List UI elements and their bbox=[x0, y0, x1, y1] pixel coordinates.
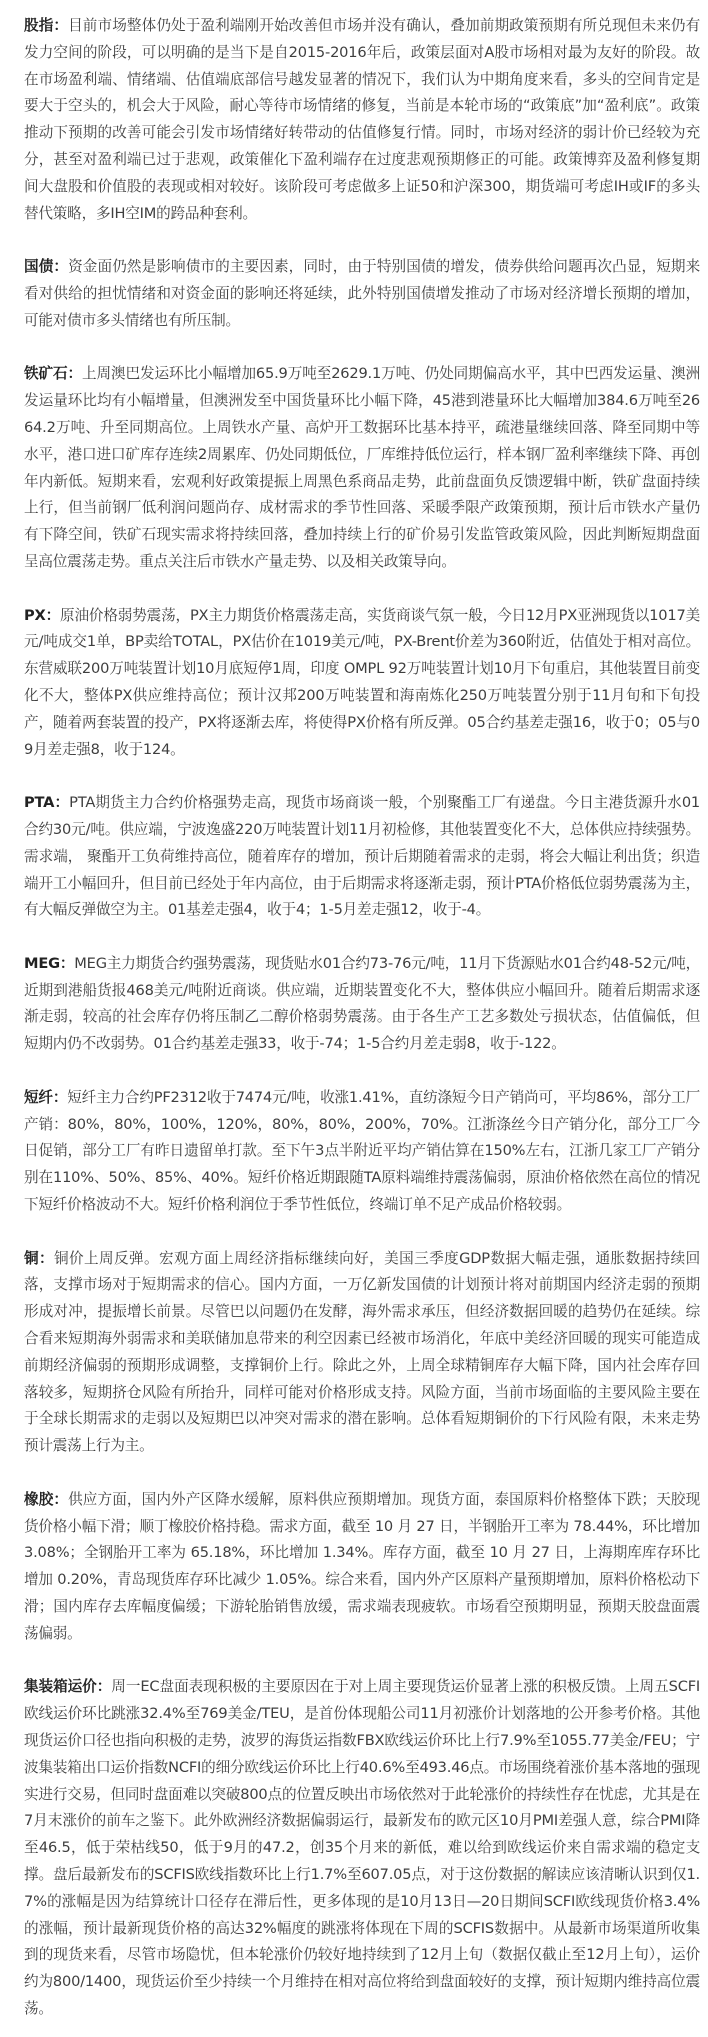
section-label: 短纤： bbox=[24, 1089, 67, 1106]
section-label: 股指： bbox=[24, 17, 68, 34]
section-iron-ore: 铁矿石：上周澳巴发运环比小幅增加65.9万吨至2629.1万吨、仍处同期偏高水平… bbox=[24, 361, 700, 575]
section-text: 供应方面，国内外产区降水缓解，原料供应预期增加。现货方面，泰国原料价格整体下跌；… bbox=[24, 1491, 700, 1642]
section-label: 集装箱运价： bbox=[24, 1678, 111, 1695]
section-label: 国债： bbox=[24, 258, 68, 275]
section-label: 铁矿石： bbox=[24, 365, 82, 382]
section-text: 周一EC盘面表现积极的主要原因在于对上周主要现货运价显著上涨的积极反馈。上周五S… bbox=[24, 1678, 700, 2017]
section-text: PTA期货主力合约价格强势走高，现货市场商谈一般，个别聚酯工厂有递盘。今日主港货… bbox=[24, 794, 700, 918]
section-stock-index: 股指：目前市场整体仍处于盈利端刚开始改善但市场并没有确认，叠加前期政策预期有所兑… bbox=[24, 13, 700, 227]
section-px: PX：原油价格弱势震荡，PX主力期货价格震荡走高，实货商谈气氛一般，今日12月P… bbox=[24, 603, 700, 764]
section-treasury-bonds: 国债：资金面仍然是影响债市的主要因素，同时，由于特别国债的增发，债券供给问题再次… bbox=[24, 254, 700, 334]
section-container-freight: 集装箱运价：周一EC盘面表现积极的主要原因在于对上周主要现货运价显著上涨的积极反… bbox=[24, 1674, 700, 2022]
section-text: 目前市场整体仍处于盈利端刚开始改善但市场并没有确认，叠加前期政策预期有所兑现但未… bbox=[24, 17, 700, 222]
section-text: 上周澳巴发运环比小幅增加65.9万吨至2629.1万吨、仍处同期偏高水平，其中巴… bbox=[24, 365, 700, 570]
section-text: MEG主力期货合约强势震荡，现货贴水01合约73-76元/吨，11月下货源贴水0… bbox=[24, 955, 700, 1052]
section-meg: MEG：MEG主力期货合约强势震荡，现货贴水01合约73-76元/吨，11月下货… bbox=[24, 951, 700, 1058]
section-label: MEG： bbox=[24, 955, 74, 972]
section-label: 橡胶： bbox=[24, 1491, 68, 1508]
section-copper: 铜：铜价上周反弹。宏观方面上周经济指标继续向好，美国三季度GDP数据大幅走强，通… bbox=[24, 1246, 700, 1460]
section-text: 铜价上周反弹。宏观方面上周经济指标继续向好，美国三季度GDP数据大幅走强，通胀数… bbox=[24, 1250, 700, 1455]
section-pta: PTA：PTA期货主力合约价格强势走高，现货市场商谈一般，个别聚酯工厂有递盘。今… bbox=[24, 790, 700, 924]
section-label: 铜： bbox=[24, 1250, 54, 1267]
market-commentary-article: 股指：目前市场整体仍处于盈利端刚开始改善但市场并没有确认，叠加前期政策预期有所兑… bbox=[0, 0, 708, 2023]
section-rubber: 橡胶：供应方面，国内外产区降水缓解，原料供应预期增加。现货方面，泰国原料价格整体… bbox=[24, 1487, 700, 1648]
section-label: PTA： bbox=[24, 794, 69, 811]
section-text: 资金面仍然是影响债市的主要因素，同时，由于特别国债的增发，债券供给问题再次凸显，… bbox=[24, 258, 700, 329]
section-text: 短纤主力合约PF2312收于7474元/吨，收涨1.41%，直纺涤短今日产销尚可… bbox=[24, 1089, 700, 1213]
section-label: PX： bbox=[24, 607, 60, 624]
section-text: 原油价格弱势震荡，PX主力期货价格震荡走高，实货商谈气氛一般，今日12月PX亚洲… bbox=[24, 607, 700, 758]
section-staple-fiber: 短纤：短纤主力合约PF2312收于7474元/吨，收涨1.41%，直纺涤短今日产… bbox=[24, 1085, 700, 1219]
